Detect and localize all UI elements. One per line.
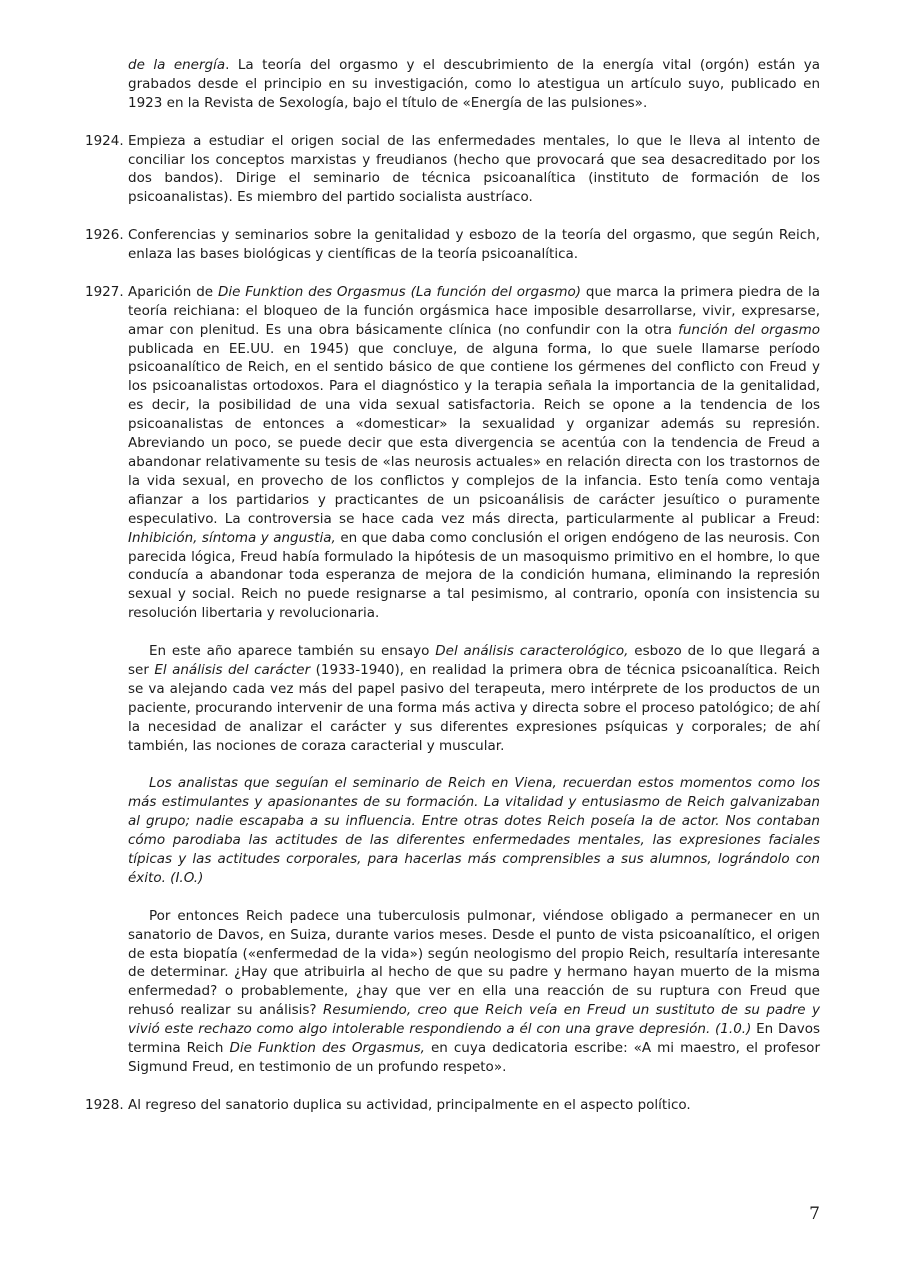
chronology-text: de la energía. La teoría del orgasmo y e… xyxy=(85,56,820,1134)
entry-body: Empieza a estudiar el origen social de l… xyxy=(128,132,820,227)
paragraph: Por entonces Reich padece una tuberculos… xyxy=(128,907,820,1077)
entry-body: Conferencias y seminarios sobre la genit… xyxy=(128,226,820,283)
entry-body: Aparición de Die Funktion des Orgasmus (… xyxy=(128,283,820,1096)
chronology-entry: 1928.Al regreso del sanatorio duplica su… xyxy=(85,1096,820,1134)
entry-body: Al regreso del sanatorio duplica su acti… xyxy=(128,1096,820,1134)
page-number: 7 xyxy=(85,1204,820,1224)
document-page: de la energía. La teoría del orgasmo y e… xyxy=(0,0,905,1280)
text-run: Conferencias y seminarios sobre la genit… xyxy=(128,227,820,262)
text-run: Del análisis caracterológico, xyxy=(435,643,628,659)
text-run: Aparición de xyxy=(128,284,218,300)
paragraph: Los analistas que seguían el seminario d… xyxy=(128,774,820,887)
paragraph: En este año aparece también su ensayo De… xyxy=(128,642,820,755)
text-run: . La teoría del orgasmo y el descubrimie… xyxy=(128,57,820,111)
chronology-entry: de la energía. La teoría del orgasmo y e… xyxy=(85,56,820,132)
text-run: En este año aparece también su ensayo xyxy=(149,643,435,659)
year-label: 1926. xyxy=(85,226,128,283)
paragraph: Empieza a estudiar el origen social de l… xyxy=(128,132,820,208)
text-run: El análisis del carácter xyxy=(154,662,310,678)
paragraph: Al regreso del sanatorio duplica su acti… xyxy=(128,1096,820,1115)
text-run: publicada en EE.UU. en 1945) que concluy… xyxy=(128,341,820,527)
text-run: función del orgasmo xyxy=(678,322,820,338)
paragraph: Conferencias y seminarios sobre la genit… xyxy=(128,226,820,264)
text-run: de la energía xyxy=(128,57,225,73)
text-run: Die Funktion des Orgasmus (La función de… xyxy=(218,284,581,300)
chronology-entry: 1924.Empieza a estudiar el origen social… xyxy=(85,132,820,227)
text-run: Al regreso del sanatorio duplica su acti… xyxy=(128,1097,691,1113)
chronology-entry: 1927.Aparición de Die Funktion des Orgas… xyxy=(85,283,820,1096)
chronology-entry: 1926.Conferencias y seminarios sobre la … xyxy=(85,226,820,283)
year-label: 1927. xyxy=(85,283,128,1096)
entry-body: de la energía. La teoría del orgasmo y e… xyxy=(128,56,820,132)
year-label: 1924. xyxy=(85,132,128,227)
text-run: Inhibición, síntoma y angustia, xyxy=(128,530,336,546)
paragraph: de la energía. La teoría del orgasmo y e… xyxy=(128,56,820,113)
year-label: 1928. xyxy=(85,1096,128,1134)
year-label xyxy=(85,56,128,132)
text-run: Los analistas que seguían el seminario d… xyxy=(128,775,820,886)
text-run: Empieza a estudiar el origen social de l… xyxy=(128,133,820,206)
text-run: Die Funktion des Orgasmus, xyxy=(229,1040,425,1056)
paragraph: Aparición de Die Funktion des Orgasmus (… xyxy=(128,283,820,623)
